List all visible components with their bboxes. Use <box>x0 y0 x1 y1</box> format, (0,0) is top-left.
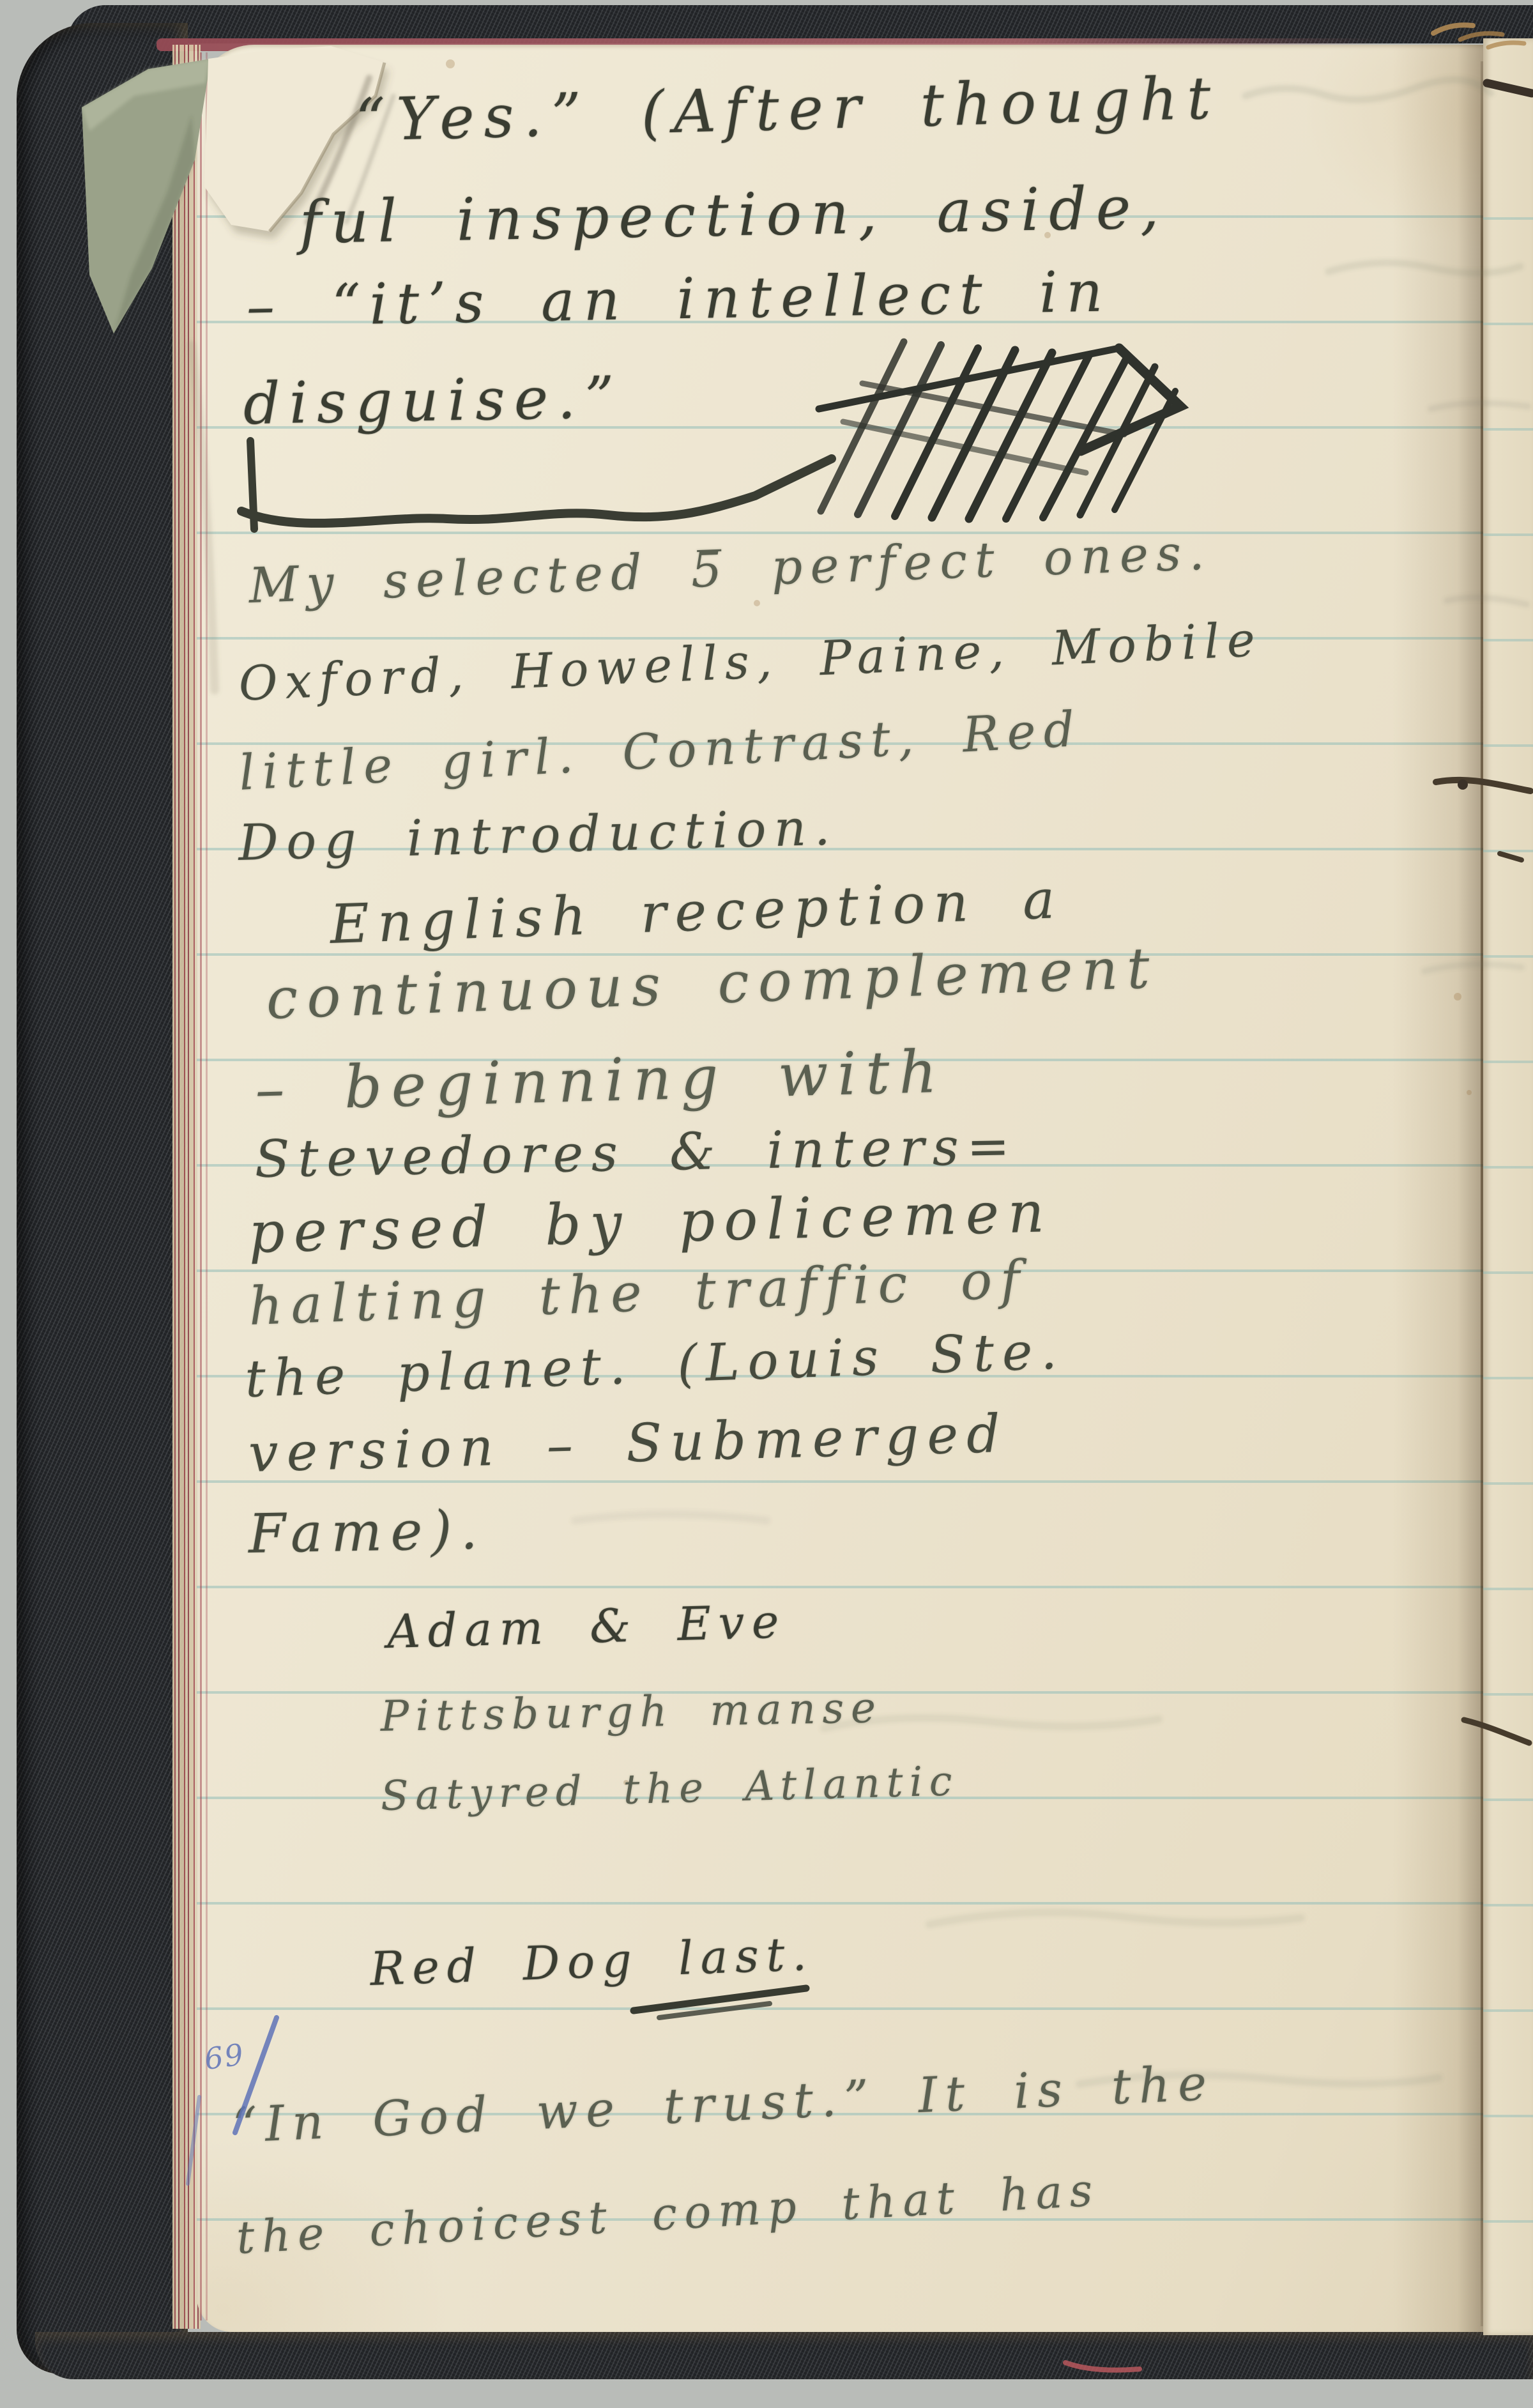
ink-marks-layer <box>0 0 1533 2408</box>
ink-flourish-line <box>241 441 832 529</box>
red-dog-last-underline <box>634 1988 806 2018</box>
notebook-photo: “Yes.” (After thought ful inspection, as… <box>0 0 1533 2408</box>
binding-stitches <box>1433 25 1532 1743</box>
crosshatch-scribble <box>819 342 1180 519</box>
blue-pencil-marks <box>188 2018 277 2184</box>
red-bottom-mark <box>1065 2363 1140 2370</box>
